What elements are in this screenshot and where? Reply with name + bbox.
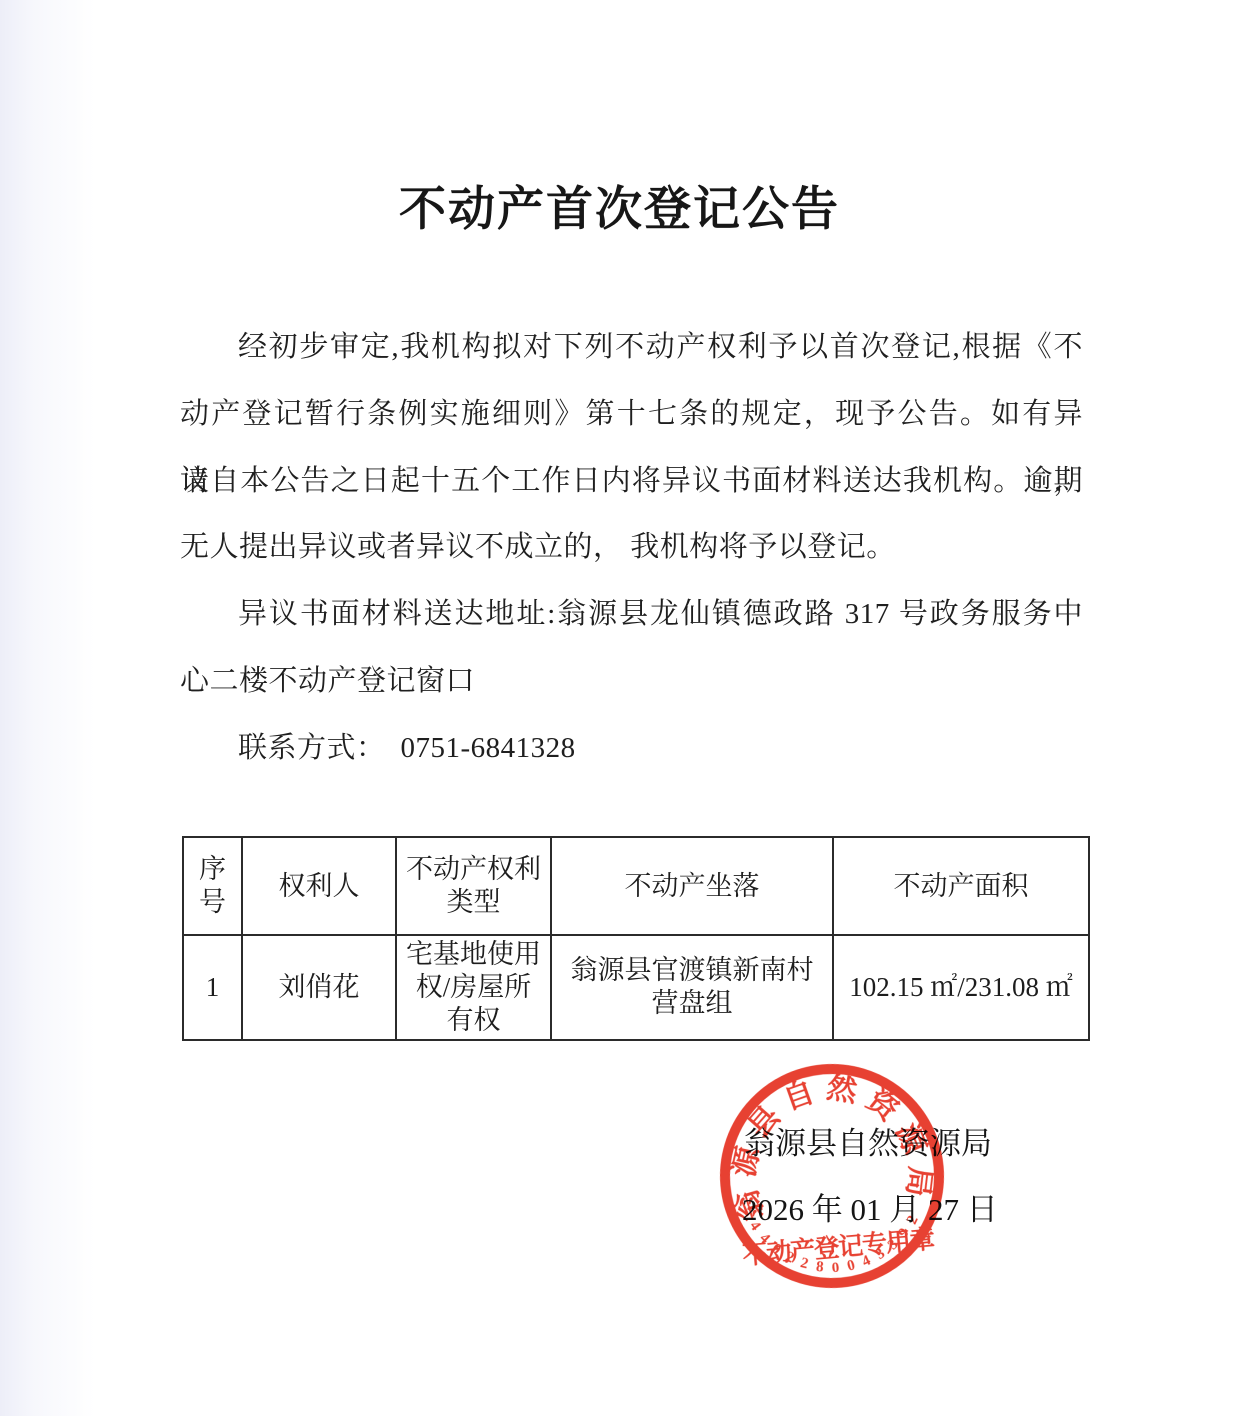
registration-table: 序号 权利人 不动产权利类型 不动产坐落 不动产面积 1 刘俏花 宅基地使用权/… xyxy=(182,836,1090,1041)
cell-area: 102.15 ㎡/231.08 ㎡ xyxy=(833,935,1089,1040)
official-seal: 翁源县自然资源局 4402280043392 不动产登记专用章 xyxy=(680,1024,983,1327)
header-right-type: 不动产权利类型 xyxy=(396,837,551,935)
body-line: 经初步审定,我机构拟对下列不动产权利予以首次登记,根据《不 xyxy=(180,314,1083,381)
announcement-body: 经初步审定,我机构拟对下列不动产权利予以首次登记,根据《不 动产登记暂行条例实施… xyxy=(180,314,1083,782)
body-line: 请自本公告之日起十五个工作日内将异议书面材料送达我机构。逾期 xyxy=(180,448,1083,515)
body-line: 无人提出异议或者异议不成立的， 我机构将予以登记。 xyxy=(180,514,1083,581)
cell-serial: 1 xyxy=(183,935,242,1040)
cell-right-type: 宅基地使用权/房屋所有权 xyxy=(396,935,551,1040)
seal-arc-text: 翁源县自然资源局 xyxy=(718,1063,939,1225)
header-location: 不动产坐落 xyxy=(551,837,833,935)
cell-holder: 刘俏花 xyxy=(242,935,396,1040)
body-line: 异议书面材料送达地址:翁源县龙仙镇德政路 317 号政务服务中 xyxy=(180,581,1083,648)
header-area: 不动产面积 xyxy=(833,837,1089,935)
cell-location: 翁源县官渡镇新南村营盘组 xyxy=(551,935,833,1040)
table-header-row: 序号 权利人 不动产权利类型 不动产坐落 不动产面积 xyxy=(183,837,1089,935)
header-serial: 序号 xyxy=(183,837,242,935)
announcement-document: 不动产首次登记公告 经初步审定,我机构拟对下列不动产权利予以首次登记,根据《不 … xyxy=(0,0,1239,1416)
body-line: 心二楼不动产登记窗口 xyxy=(180,648,1083,715)
page-title: 不动产首次登记公告 xyxy=(0,172,1239,239)
contact-line: 联系方式： 0751-6841328 xyxy=(180,715,1083,782)
header-holder: 权利人 xyxy=(242,837,396,935)
body-line: 动产登记暂行条例实施细则》第十七条的规定，现予公告。如有异议， xyxy=(180,381,1083,448)
